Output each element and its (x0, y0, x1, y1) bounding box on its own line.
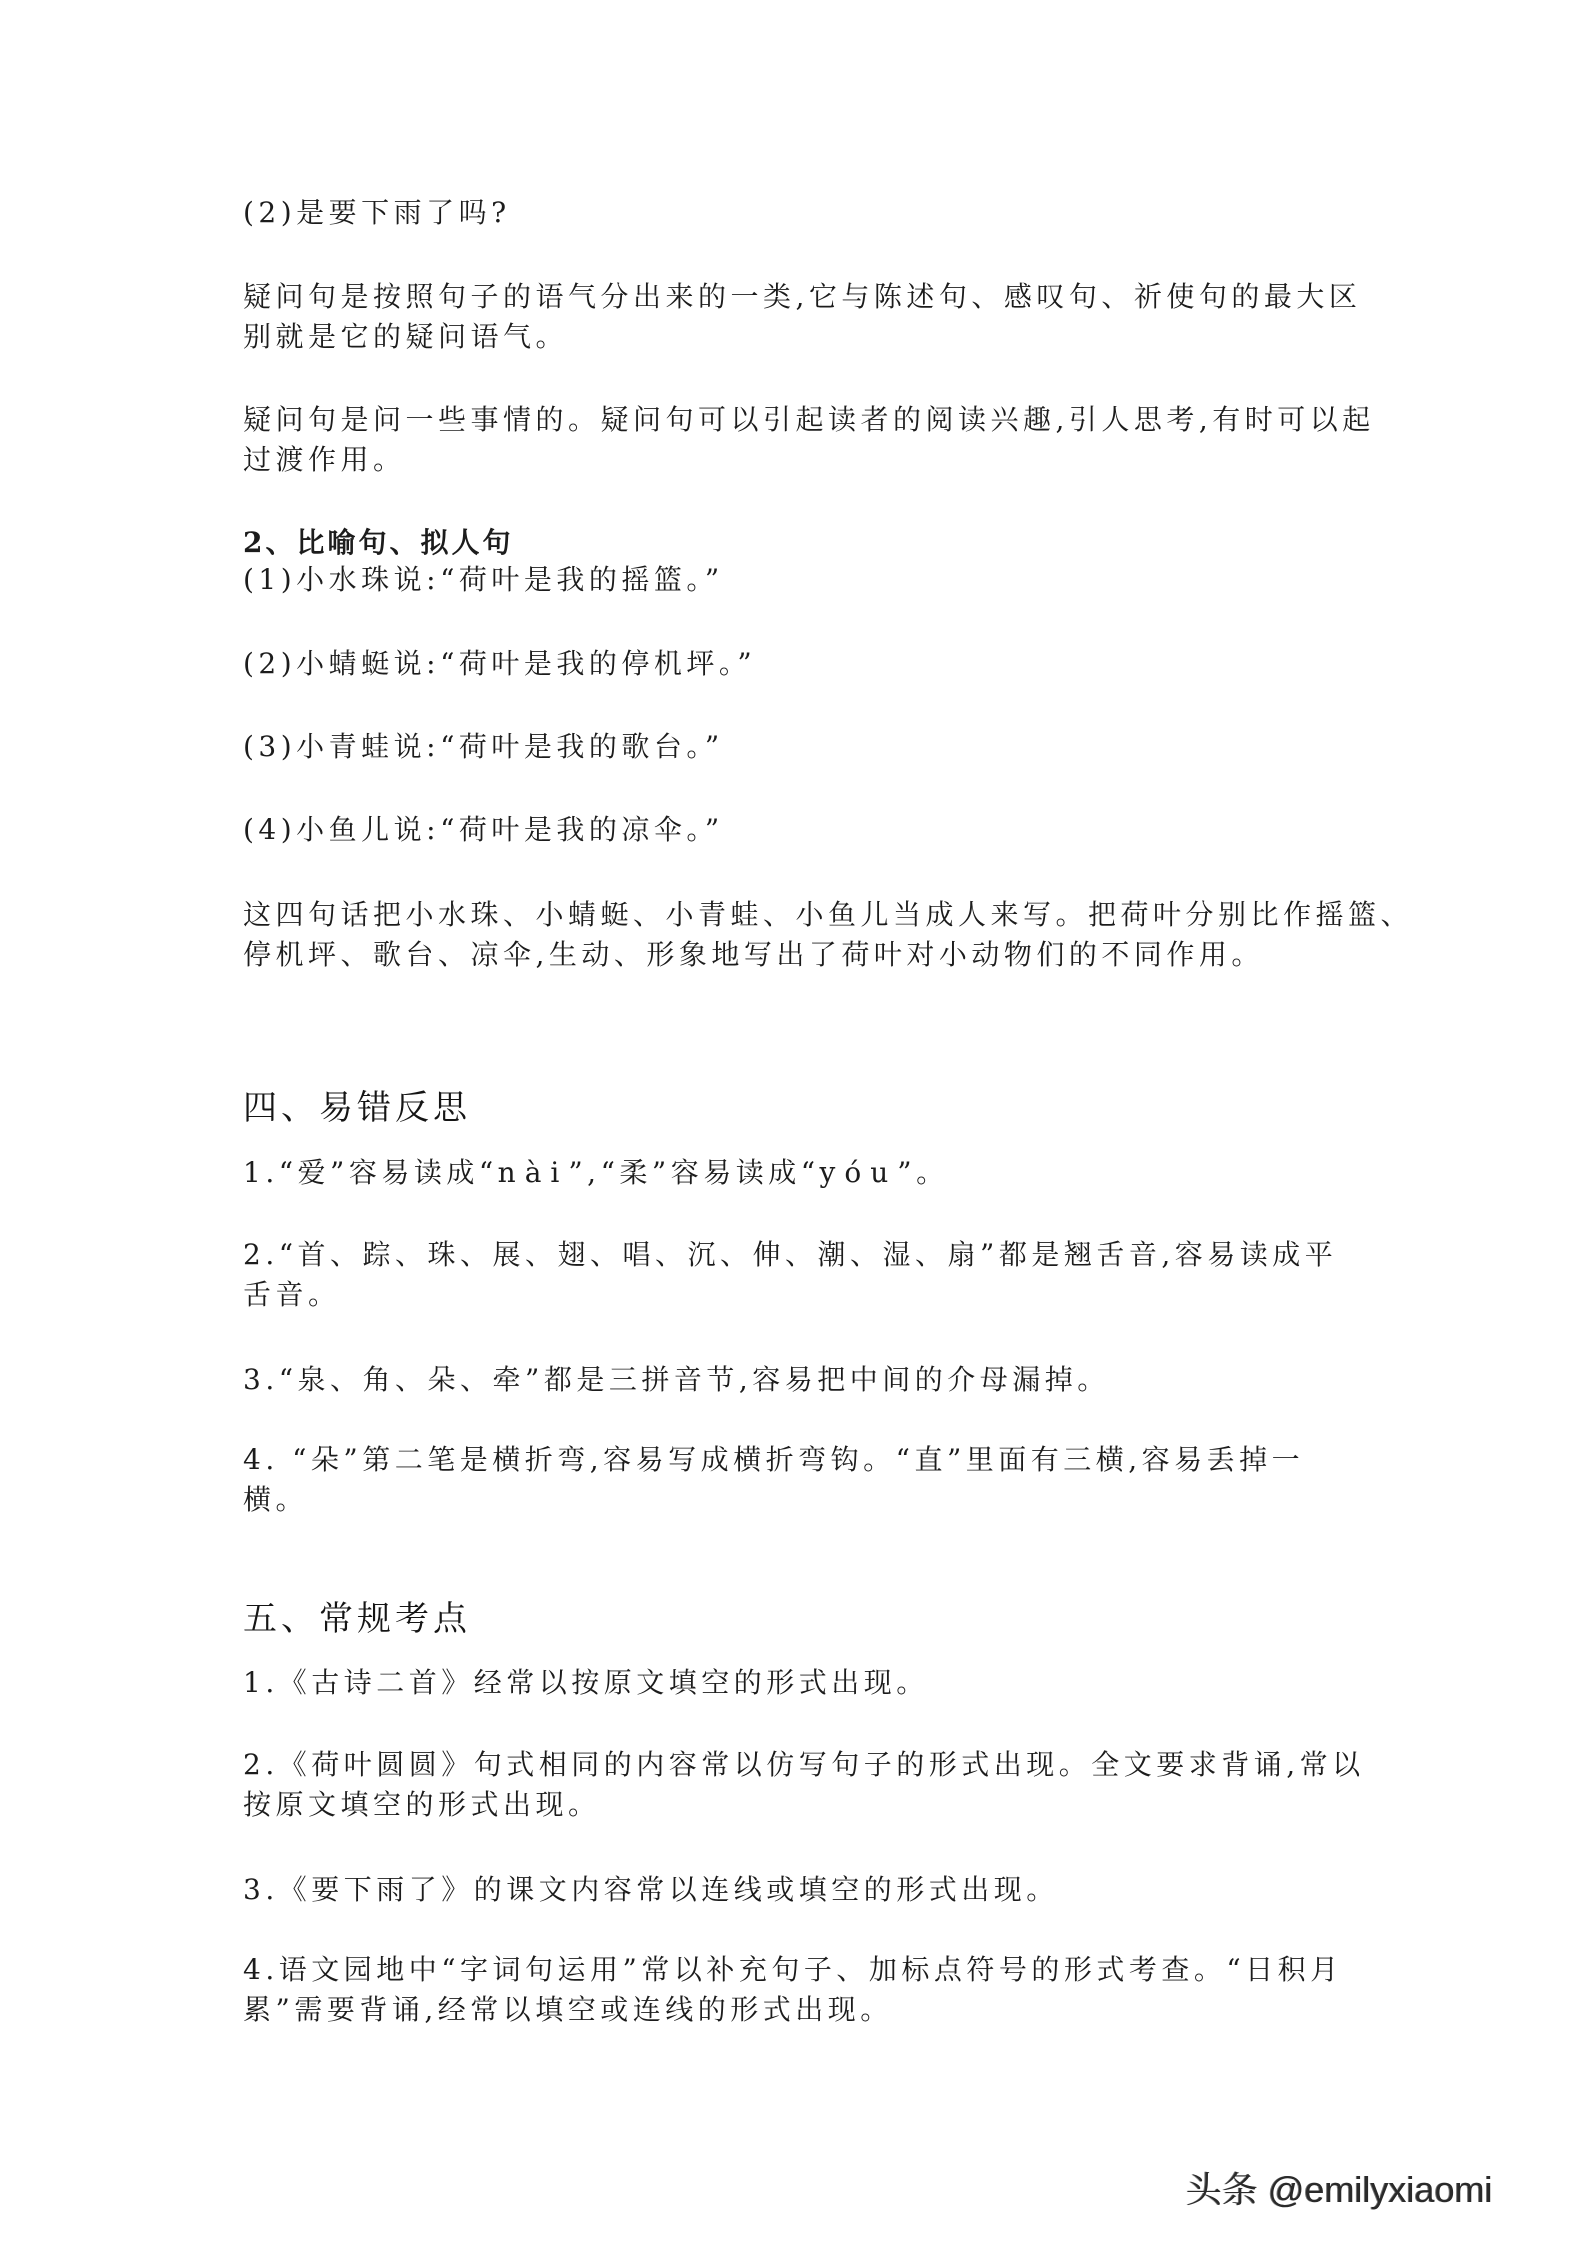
pinyin-you: yóu (820, 1156, 898, 1189)
section-5-item-4-line-2: 累”需要背诵,经常以填空或连线的形式出现。 (243, 1990, 893, 2030)
section-4-item-1-prefix: 1.“爱”容易读成“ (243, 1156, 498, 1189)
metaphor-item-1: (1)小水珠说:“荷叶是我的摇篮。” (243, 560, 724, 600)
section-5-item-3: 3.《要下雨了》的课文内容常以连线或填空的形式出现。 (243, 1870, 1059, 1910)
section-4-item-2-line-1: 2.“首、踪、珠、展、翅、唱、沉、伸、潮、湿、扇”都是翘舌音,容易读成平 (243, 1235, 1337, 1275)
section-4-item-2-line-2: 舌音。 (243, 1275, 341, 1315)
watermark: 头条 @emilyxiaomi (1186, 2168, 1493, 2212)
metaphor-section-title: 2、比喻句、拟人句 (243, 523, 513, 563)
question-example: (2)是要下雨了吗? (243, 193, 511, 233)
interrogative-definition-line-2: 别就是它的疑问语气。 (243, 317, 568, 357)
interrogative-use-line-2: 过渡作用。 (243, 440, 406, 480)
metaphor-item-4: (4)小鱼儿说:“荷叶是我的凉伞。” (243, 810, 724, 850)
section-5-item-4-line-1: 4.语文园地中“字词句运用”常以补充句子、加标点符号的形式考查。“日积月 (243, 1950, 1343, 1990)
section-5-item-2-line-2: 按原文填空的形式出现。 (243, 1785, 601, 1825)
metaphor-summary-line-2: 停机坪、歌台、凉伞,生动、形象地写出了荷叶对小动物们的不同作用。 (243, 935, 1264, 975)
section-5-heading: 五、常规考点 (243, 1596, 471, 1642)
section-4-item-4-line-1: 4. “朵”第二笔是横折弯,容易写成横折弯钩。“直”里面有三横,容易丢掉一 (243, 1440, 1304, 1480)
section-5-item-2-line-1: 2.《荷叶圆圆》句式相同的内容常以仿写句子的形式出现。全文要求背诵,常以 (243, 1745, 1365, 1785)
metaphor-item-2: (2)小蜻蜓说:“荷叶是我的停机坪。” (243, 644, 756, 684)
section-4-item-3: 3.“泉、角、朵、牵”都是三拼音节,容易把中间的介母漏掉。 (243, 1360, 1110, 1400)
section-5-item-1: 1.《古诗二首》经常以按原文填空的形式出现。 (243, 1663, 929, 1703)
section-4-item-1-mid: ”,“柔”容易读成“ (568, 1156, 819, 1189)
section-4-item-4-line-2: 横。 (243, 1480, 308, 1520)
interrogative-definition-line-1: 疑问句是按照句子的语气分出来的一类,它与陈述句、感叹句、祈使句的最大区 (243, 277, 1361, 317)
section-4-heading: 四、易错反思 (243, 1085, 471, 1131)
section-4-item-1-suffix: ”。 (897, 1156, 948, 1189)
interrogative-use-line-1: 疑问句是问一些事情的。疑问句可以引起读者的阅读兴趣,引人思考,有时可以起 (243, 400, 1375, 440)
metaphor-summary-line-1: 这四句话把小水珠、小蜻蜓、小青蛙、小鱼儿当成人来写。把荷叶分别比作摇篮、 (243, 895, 1413, 935)
pinyin-nai: nài (498, 1156, 569, 1189)
metaphor-item-3: (3)小青蛙说:“荷叶是我的歌台。” (243, 727, 724, 767)
section-4-item-1: 1.“爱”容易读成“nài”,“柔”容易读成“yóu”。 (243, 1153, 949, 1193)
